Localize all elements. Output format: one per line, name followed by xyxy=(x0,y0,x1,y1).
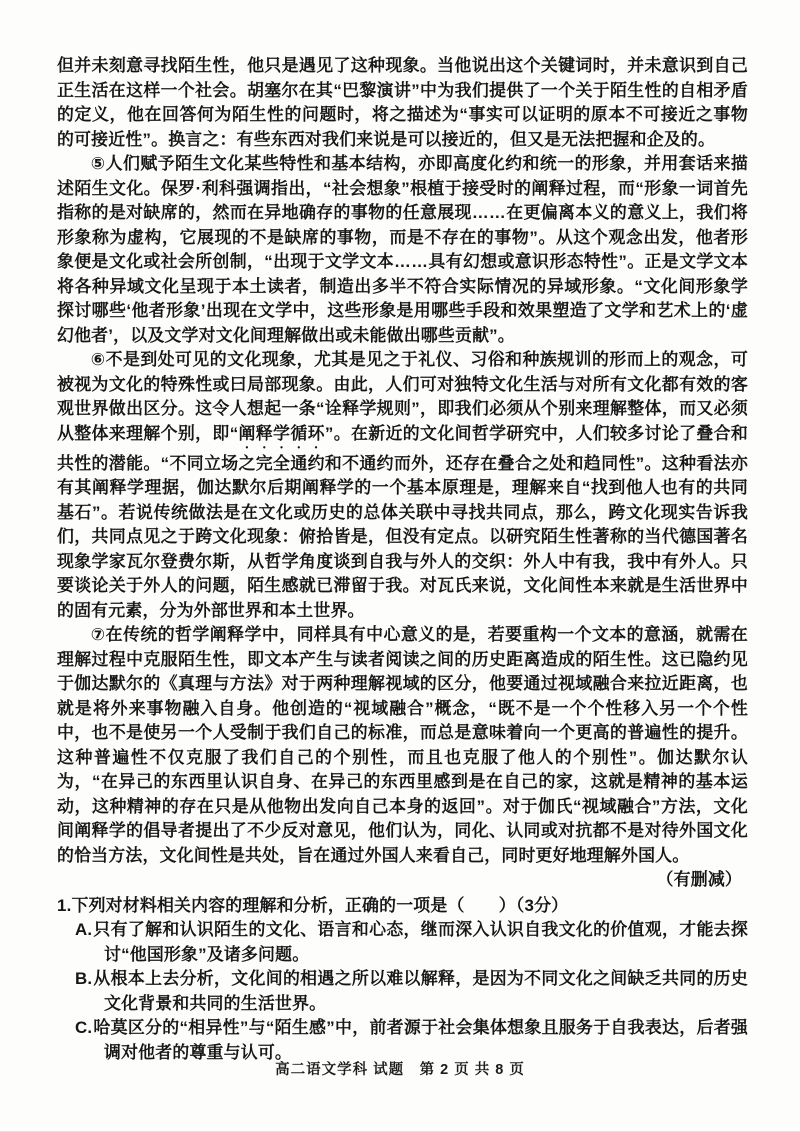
option-text: 哈莫区分的“相异性”与“陌生感”中，前者源于社会集体想象且服务于自我表达，后者强… xyxy=(93,1018,748,1062)
exam-page: 但并未刻意寻找陌生性，他只是遇见了这种现象。当他说出这个关键词时，并未意识到自己… xyxy=(0,0,800,1132)
body-paragraphs: 但并未刻意寻找陌生性，他只是遇见了这种现象。当他说出这个关键词时，并未意识到自己… xyxy=(57,54,748,868)
attribution-note: （有删减） xyxy=(57,868,748,893)
option-label: C. xyxy=(75,1018,93,1037)
option-b: B.从根本上去分析，文化间的相遇之所以难以解释，是因为不同文化之间缺乏共同的历史… xyxy=(75,967,748,1016)
paragraph-1: 但并未刻意寻找陌生性，他只是遇见了这种现象。当他说出这个关键词时，并未意识到自己… xyxy=(57,54,748,152)
page-footer: 高二语文学科 试题 第 2 页 共 8 页 xyxy=(0,1058,800,1079)
option-text: 从根本上去分析，文化间的相遇之所以难以解释，是因为不同文化之间缺乏共同的历史文化… xyxy=(93,969,748,1013)
emphasized-text: 阐释学循环 xyxy=(238,424,325,443)
option-a: A.只有了解和认识陌生的文化、语言和心态，继而深入认识自我文化的价值观，才能去探… xyxy=(75,918,748,967)
text-segment: ⑦在传统的哲学阐释学中，同样具有中心意义的是，若要重构一个文本的意涵，就需在理解… xyxy=(57,625,748,865)
options-list: A.只有了解和认识陌生的文化、语言和心态，继而深入认识自我文化的价值观，才能去探… xyxy=(75,918,748,1065)
question-stem: 1.下列对材料相关内容的理解和分析，正确的一项是（ ）（3分） xyxy=(57,894,748,919)
paragraph-3: ⑥不是到处可见的文化现象，尤其是见之于礼仪、习俗和种族规训的形而上的观念，可被视… xyxy=(57,348,748,623)
paragraph-2: ⑤人们赋予陌生文化某些特性和基本结构，亦即高度化约和统一的形象，并用套话来描述陌… xyxy=(57,152,748,348)
text-segment: ”。在新近的文化间哲学研究中，人们较多讨论了叠合和共性的潜能。“不同立场之完全通… xyxy=(57,424,748,620)
page-content: 但并未刻意寻找陌生性，他只是遇见了这种现象。当他说出这个关键词时，并未意识到自己… xyxy=(57,54,748,1065)
paragraph-4: ⑦在传统的哲学阐释学中，同样具有中心意义的是，若要重构一个文本的意涵，就需在理解… xyxy=(57,623,748,868)
option-label: B. xyxy=(75,969,93,988)
option-text: 只有了解和认识陌生的文化、语言和心态，继而深入认识自我文化的价值观，才能去探讨“… xyxy=(93,920,748,964)
text-segment: 但并未刻意寻找陌生性，他只是遇见了这种现象。当他说出这个关键词时，并未意识到自己… xyxy=(57,56,748,149)
option-label: A. xyxy=(75,920,93,939)
text-segment: ⑤人们赋予陌生文化某些特性和基本结构，亦即高度化约和统一的形象，并用套话来描述陌… xyxy=(57,154,748,345)
